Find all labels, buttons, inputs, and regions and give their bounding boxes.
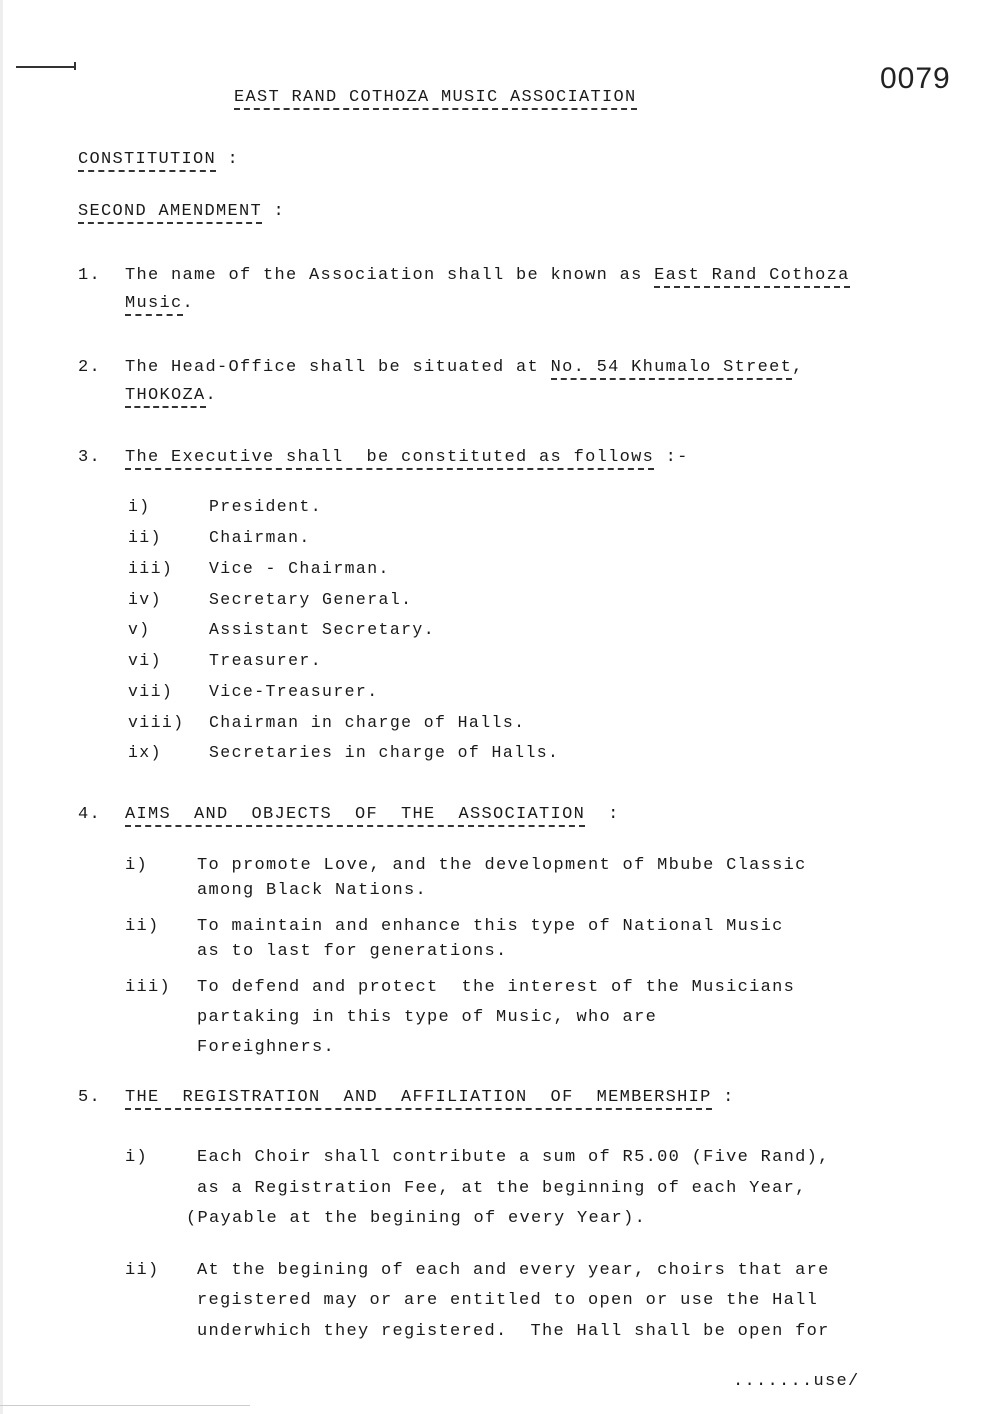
- list-item-line: among Black Nations.: [197, 881, 427, 900]
- section-4-heading: AIMS AND OBJECTS OF THE ASSOCIATION :: [125, 805, 620, 824]
- list-item-num: i): [128, 497, 151, 516]
- list-item: Assistant Secretary.: [209, 620, 435, 639]
- list-item: President.: [209, 497, 322, 516]
- list-item-num: ix): [128, 743, 162, 762]
- list-item-line: as a Registration Fee, at the beginning …: [197, 1179, 807, 1198]
- list-item-line: To maintain and enhance this type of Nat…: [197, 917, 784, 936]
- list-item-line: To promote Love, and the development of …: [197, 856, 807, 875]
- section-5-number: 5.: [78, 1088, 101, 1107]
- list-item: Treasurer.: [209, 651, 322, 670]
- section-1-line: Music.: [125, 294, 194, 313]
- list-item-num: iv): [128, 590, 162, 609]
- continuation-marker: .......use/: [733, 1372, 860, 1391]
- constitution-heading: CONSTITUTION :: [78, 150, 239, 169]
- list-item: Vice - Chairman.: [209, 559, 390, 578]
- scan-mark: [16, 66, 76, 68]
- list-item-num: viii): [128, 713, 185, 732]
- section-2-line: THOKOZA.: [125, 386, 217, 405]
- scan-edge-line: [0, 1405, 250, 1406]
- section-1-number: 1.: [78, 266, 101, 285]
- list-item-line: Each Choir shall contribute a sum of R5.…: [197, 1148, 830, 1167]
- list-item-num: i): [125, 856, 148, 875]
- amendment-heading: SECOND AMENDMENT :: [78, 202, 285, 221]
- list-item-line: To defend and protect the interest of th…: [197, 978, 795, 997]
- list-item-num: ii): [128, 528, 162, 547]
- page-number: 0079: [880, 62, 951, 96]
- list-item-num: i): [125, 1148, 148, 1167]
- list-item: Secretaries in charge of Halls.: [209, 743, 559, 762]
- section-4-number: 4.: [78, 805, 101, 824]
- list-item-num: v): [128, 620, 151, 639]
- list-item: Secretary General.: [209, 590, 412, 609]
- list-item-line: registered may or are entitled to open o…: [197, 1291, 818, 1310]
- list-item-line: partaking in this type of Music, who are: [197, 1008, 657, 1027]
- list-item-num: ii): [125, 917, 160, 936]
- section-2-line: The Head-Office shall be situated at No.…: [125, 358, 804, 377]
- list-item-line: (Payable at the begining of every Year).: [186, 1209, 646, 1228]
- list-item-line: underwhich they registered. The Hall sha…: [197, 1322, 830, 1341]
- document-title: EAST RAND COTHOZA MUSIC ASSOCIATION: [234, 88, 637, 107]
- section-3-heading: The Executive shall be constituted as fo…: [125, 448, 689, 467]
- scan-mark: [74, 62, 76, 70]
- list-item: Chairman.: [209, 528, 311, 547]
- scan-edge: [0, 0, 3, 1414]
- section-1-line: The name of the Association shall be kno…: [125, 266, 850, 285]
- list-item-line: as to last for generations.: [197, 942, 508, 961]
- list-item-num: vii): [128, 682, 173, 701]
- list-item: Chairman in charge of Halls.: [209, 713, 525, 732]
- list-item-num: ii): [125, 1261, 160, 1280]
- list-item-line: Foreighners.: [197, 1038, 335, 1057]
- section-3-number: 3.: [78, 448, 101, 467]
- list-item-line: At the begining of each and every year, …: [197, 1261, 830, 1280]
- list-item-num: iii): [128, 559, 173, 578]
- section-5-heading: THE REGISTRATION AND AFFILIATION OF MEMB…: [125, 1088, 735, 1107]
- section-2-number: 2.: [78, 358, 101, 377]
- list-item-num: iii): [125, 978, 171, 997]
- list-item-num: vi): [128, 651, 162, 670]
- list-item: Vice-Treasurer.: [209, 682, 379, 701]
